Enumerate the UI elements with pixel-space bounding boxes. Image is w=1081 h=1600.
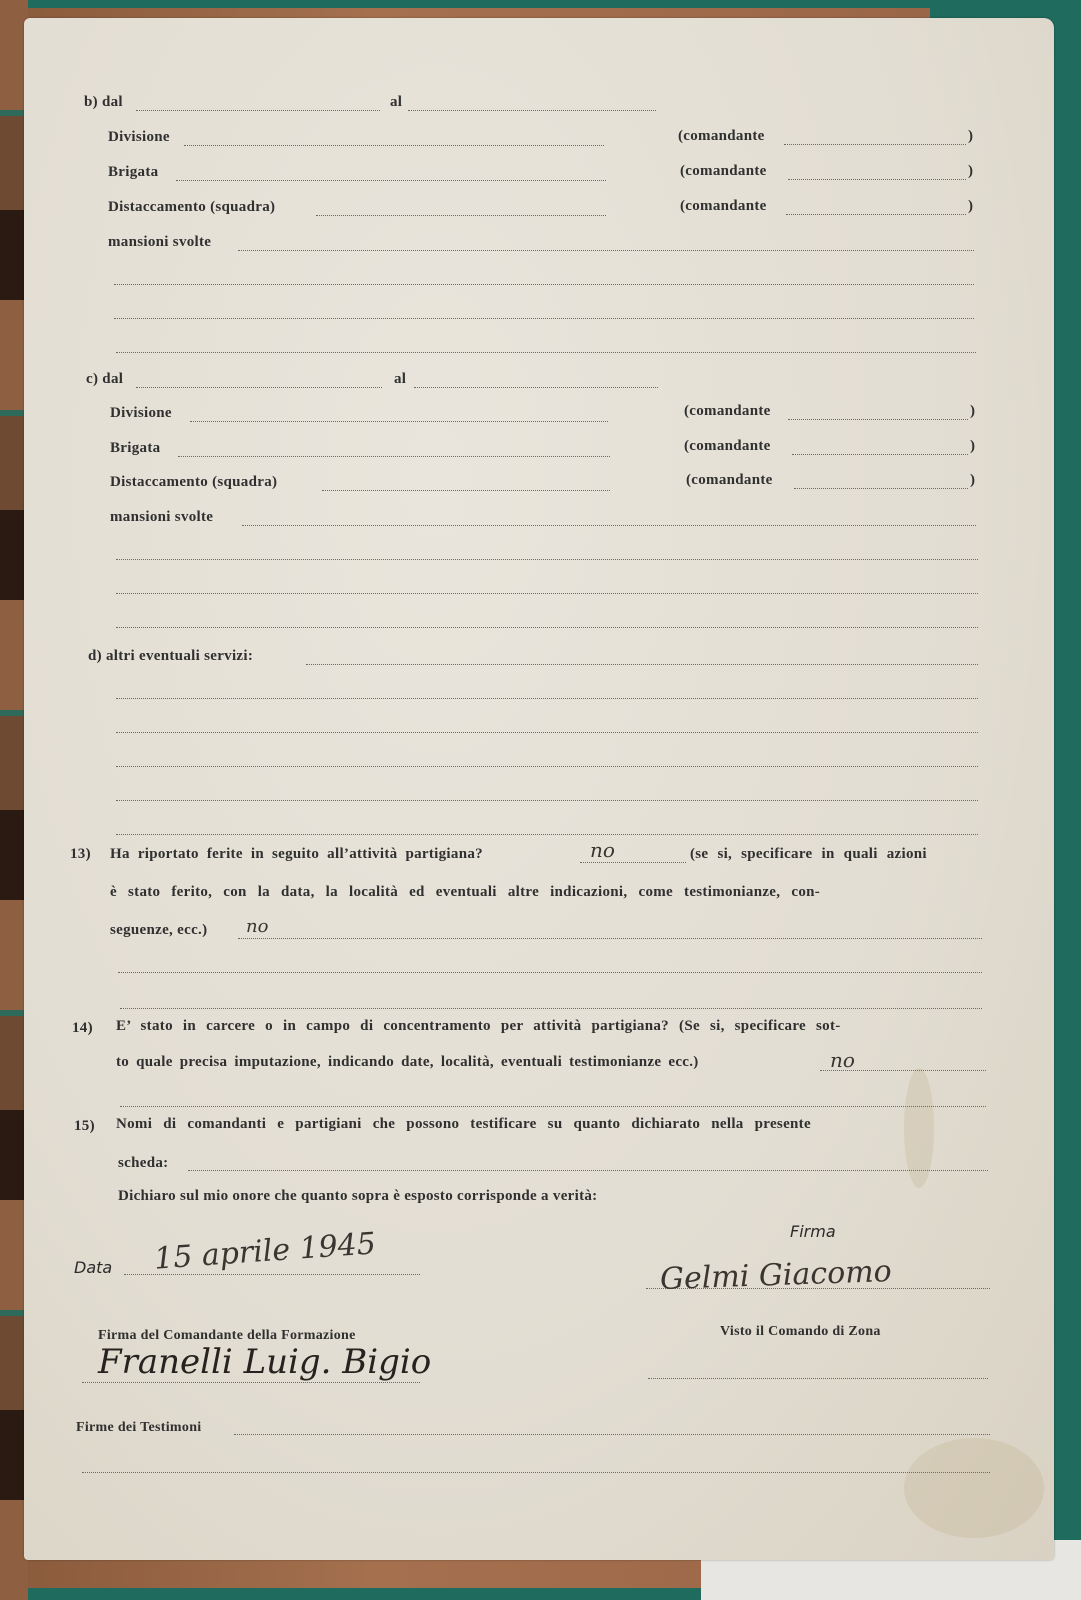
- section-c-divisione-field[interactable]: [190, 421, 608, 422]
- section-d-line-5[interactable]: [116, 800, 978, 801]
- commander-signature-field[interactable]: [82, 1382, 420, 1383]
- q15-number: 15): [74, 1118, 95, 1135]
- section-d-field[interactable]: [306, 664, 978, 665]
- section-b-divisione-label: Divisione: [108, 129, 170, 146]
- section-b-mansioni-line-3[interactable]: [114, 318, 974, 319]
- q13-instruction: (se si, specificare in quali azioni: [690, 846, 927, 863]
- section-c-divisione-label: Divisione: [110, 405, 172, 422]
- q13-number: 13): [70, 846, 91, 863]
- section-c-mansioni-line-3[interactable]: [116, 593, 978, 594]
- section-c-divisione-comandante-field[interactable]: [788, 419, 968, 420]
- section-b-distaccamento-field[interactable]: [316, 215, 606, 216]
- q14-number: 14): [72, 1020, 93, 1037]
- q14-answer: no: [830, 1048, 855, 1072]
- testimoni-line-2[interactable]: [82, 1472, 990, 1473]
- section-d-line-3[interactable]: [116, 732, 978, 733]
- section-b-mansioni-line-4[interactable]: [116, 352, 976, 353]
- section-b-brigata-label: Brigata: [108, 164, 158, 181]
- q15-field[interactable]: [188, 1170, 988, 1171]
- section-c-mansioni-line-2[interactable]: [116, 559, 978, 560]
- declaration-text: Dichiaro sul mio onore che quanto sopra …: [118, 1188, 597, 1205]
- signature-value: Gelmi Giacomo: [659, 1254, 892, 1297]
- section-c-comandante-label-1: (comandante: [684, 403, 771, 420]
- section-b-mansioni-field[interactable]: [238, 250, 974, 251]
- section-c-brigata-label: Brigata: [110, 440, 160, 457]
- section-b-dal-label: b) dal: [84, 94, 123, 111]
- testimoni-field[interactable]: [234, 1434, 990, 1435]
- section-d-label: d) altri eventuali servizi:: [88, 648, 253, 665]
- section-b-comandante-label-1: (comandante: [678, 128, 765, 145]
- section-b-distaccamento-label: Distaccamento (squadra): [108, 199, 275, 216]
- q14-line-2: to quale precisa imputazione, indicando …: [116, 1054, 699, 1071]
- section-b-divisione-field[interactable]: [184, 145, 604, 146]
- section-c-distaccamento-field[interactable]: [322, 490, 610, 491]
- section-d-line-2[interactable]: [116, 698, 978, 699]
- section-c-mansioni-label: mansioni svolte: [110, 509, 213, 526]
- section-d-line-6[interactable]: [116, 834, 978, 835]
- section-c-dal-field[interactable]: [136, 387, 382, 388]
- zona-signature-field[interactable]: [648, 1378, 988, 1379]
- section-b-al-label: al: [390, 94, 402, 111]
- close-paren: ): [968, 198, 973, 215]
- section-c-comandante-label-2: (comandante: [684, 438, 771, 455]
- q13-details-field[interactable]: [238, 938, 982, 939]
- commander-signature: Franelli Luig. Bigio: [98, 1342, 431, 1382]
- section-b-comandante-label-3: (comandante: [680, 198, 767, 215]
- q14-line-1: E’ stato in carcere o in campo di concen…: [116, 1018, 841, 1035]
- section-b-comandante-label-2: (comandante: [680, 163, 767, 180]
- data-label: Data: [74, 1258, 112, 1277]
- q14-line-3[interactable]: [120, 1106, 986, 1107]
- close-paren: ): [970, 403, 975, 420]
- q13-line-3: seguenze, ecc.): [110, 922, 207, 939]
- section-c-comandante-label-3: (comandante: [686, 472, 773, 489]
- section-b-distaccamento-comandante-field[interactable]: [786, 214, 966, 215]
- section-b-brigata-comandante-field[interactable]: [788, 179, 966, 180]
- section-d-line-4[interactable]: [116, 766, 978, 767]
- section-c-mansioni-line-4[interactable]: [116, 627, 978, 628]
- close-paren: ): [970, 438, 975, 455]
- q13-question: Ha riportato ferite in seguito all’attiv…: [110, 846, 483, 863]
- data-value: 15 aprile 1945: [153, 1226, 377, 1276]
- q13-line-2: è stato ferito, con la data, la località…: [110, 884, 820, 901]
- section-b-dal-field[interactable]: [136, 110, 380, 111]
- q13-details-answer: no: [246, 916, 268, 937]
- section-c-brigata-comandante-field[interactable]: [792, 454, 968, 455]
- section-b-al-field[interactable]: [408, 110, 656, 111]
- firma-label: Firma: [790, 1222, 836, 1241]
- close-paren: ): [970, 472, 975, 489]
- q13-line-4[interactable]: [118, 972, 982, 973]
- section-b-brigata-field[interactable]: [176, 180, 606, 181]
- q15-line-1: Nomi di comandanti e partigiani che poss…: [116, 1116, 811, 1133]
- q13-answer: no: [590, 838, 615, 862]
- section-c-brigata-field[interactable]: [178, 456, 610, 457]
- section-b-divisione-comandante-field[interactable]: [784, 144, 966, 145]
- zona-label: Visto il Comando di Zona: [720, 1324, 881, 1340]
- q13-answer-field[interactable]: [580, 862, 686, 863]
- close-paren: ): [968, 163, 973, 180]
- section-c-mansioni-field[interactable]: [242, 525, 976, 526]
- paper-stain: [904, 1438, 1044, 1538]
- section-c-distaccamento-label: Distaccamento (squadra): [110, 474, 277, 491]
- q13-line-5[interactable]: [120, 1008, 982, 1009]
- section-b-mansioni-line-2[interactable]: [114, 284, 974, 285]
- section-c-al-label: al: [394, 371, 406, 388]
- section-c-al-field[interactable]: [414, 387, 658, 388]
- section-c-dal-label: c) dal: [86, 371, 123, 388]
- q15-scheda-label: scheda:: [118, 1155, 168, 1172]
- form-page: b) dal al Divisione (comandante ) Brigat…: [24, 18, 1054, 1560]
- close-paren: ): [968, 128, 973, 145]
- testimoni-label: Firme dei Testimoni: [76, 1420, 201, 1436]
- section-c-distaccamento-comandante-field[interactable]: [794, 488, 968, 489]
- section-b-mansioni-label: mansioni svolte: [108, 234, 211, 251]
